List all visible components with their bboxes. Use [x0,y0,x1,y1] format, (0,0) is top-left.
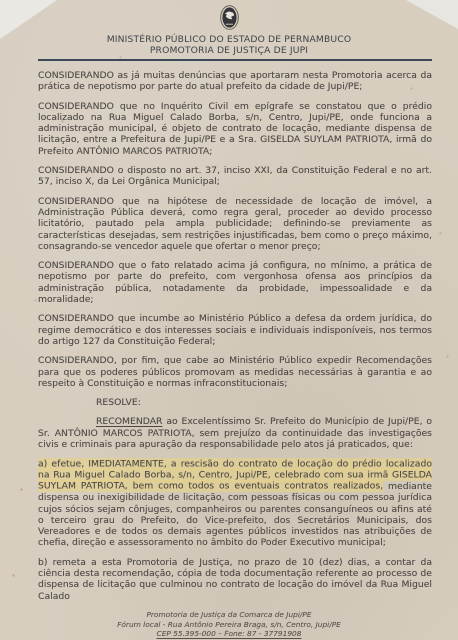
considerando-paragraph-1: CONSIDERANDO as já muitas denúncias que … [38,70,432,93]
considerando-paragraph-2: CONSIDERANDO que no Inquérito Civil em e… [38,101,432,157]
recommendation-paragraph: RECOMENDAR ao Excelentíssimo Sr. Prefeit… [38,416,432,450]
footer-line-3: CEP 55.395-000 – Fone: 87 - 37791908 [157,629,302,639]
considerando-paragraph-3: CONSIDERANDO o disposto no art. 37, inci… [38,165,432,188]
recomendar-word: RECOMENDAR [96,416,162,427]
considerando-paragraph-5: CONSIDERANDO que o fato relatado acima j… [38,260,432,305]
considerando-paragraph-6: CONSIDERANDO que incumbe ao Ministério P… [38,313,432,347]
footer-line-2: Fórum local - Rua Antônio Pereira Braga,… [0,620,458,630]
considerando-paragraph-4: CONSIDERANDO que na hipótese de necessid… [38,196,432,252]
document-body: CONSIDERANDO as já muitas denúncias que … [38,70,432,602]
recommendation-item-a: a) efetue, IMEDIATAMENTE, a rescisão do … [38,458,432,548]
document-footer: Promotoria de Justiça da Comarca de Jupi… [0,610,458,639]
header-rule [38,59,432,61]
recommendation-item-b: b) remeta a esta Promotoria de Justiça, … [38,557,432,602]
promotoria-subtitle: PROMOTORIA DE JUSTIÇA DE JUPI [0,45,458,56]
considerando-paragraph-7: CONSIDERANDO, por fim, que cabe ao Minis… [38,355,432,389]
mp-seal-icon [220,5,239,30]
footer-line-1: Promotoria de Justiça da Comarca de Jupi… [0,610,458,620]
highlight-marker: a) efetue, IMEDIATAMENTE, a rescisão do … [38,458,432,493]
ministry-title: MINISTÉRIO PÚBLICO DO ESTADO DE PERNAMBU… [0,34,458,45]
resolve-heading: RESOLVE: [38,397,432,408]
document-header: MINISTÉRIO PÚBLICO DO ESTADO DE PERNAMBU… [0,0,458,61]
